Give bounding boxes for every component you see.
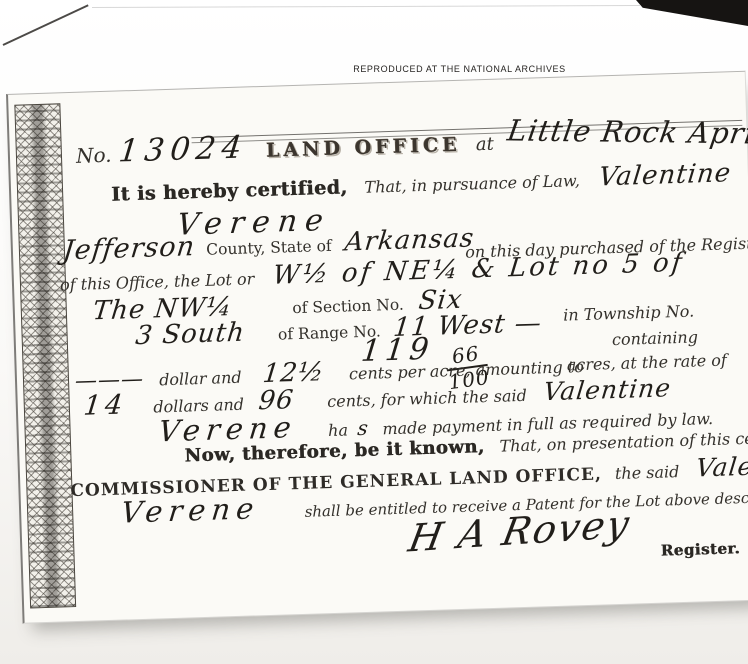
scan-top-edge-line (92, 5, 640, 8)
state-value: Arkansas (343, 223, 476, 257)
land-office-title: LAND OFFICE (266, 134, 461, 162)
purchaser-first-name: Valentine (597, 158, 732, 192)
office-lot-label: of this Office, the Lot or (60, 269, 255, 294)
township-label-line: in Township No. (563, 301, 695, 324)
hereby-certified-text: It is hereby certified, (111, 176, 348, 205)
place-and-date-handwritten: Little Rock April 4th 1860 (505, 113, 748, 152)
page-corner-fold (636, 0, 748, 26)
township-label: in Township No. (563, 301, 695, 324)
s-handwritten: s (357, 416, 371, 440)
pursuance-of-law-text: That, in pursuance of Law, (364, 171, 580, 197)
dollars-value: 14 (82, 389, 128, 421)
register-label-line: Register. (660, 538, 740, 559)
containing-label: containing (612, 327, 699, 349)
ha-label: ha (328, 420, 348, 440)
township-value: 3 South (134, 318, 246, 352)
ornamental-left-border (14, 103, 76, 608)
signature-line: H A Rovey (409, 506, 630, 557)
register-label: Register. (660, 539, 740, 559)
certificate-paper: No. 13024 LAND OFFICE at Little Rock Apr… (6, 71, 748, 624)
county-value: Jefferson (61, 231, 197, 266)
at-label: at (476, 134, 495, 156)
certificate-number-label: No. (76, 143, 112, 168)
certificate-number-value: 13024 (117, 129, 249, 169)
rate-label-line: acres, at the rate of (566, 350, 727, 374)
acres-at-rate-label: acres, at the rate of (566, 350, 727, 374)
scan-corner-crease-line (3, 4, 89, 46)
county-state-label: County, State of (206, 237, 332, 259)
national-archives-stamp: REPRODUCED AT THE NATIONAL ARCHIVES (342, 64, 577, 74)
grantee-last-name: Verene (119, 491, 261, 529)
containing-label-line: containing (612, 327, 699, 349)
